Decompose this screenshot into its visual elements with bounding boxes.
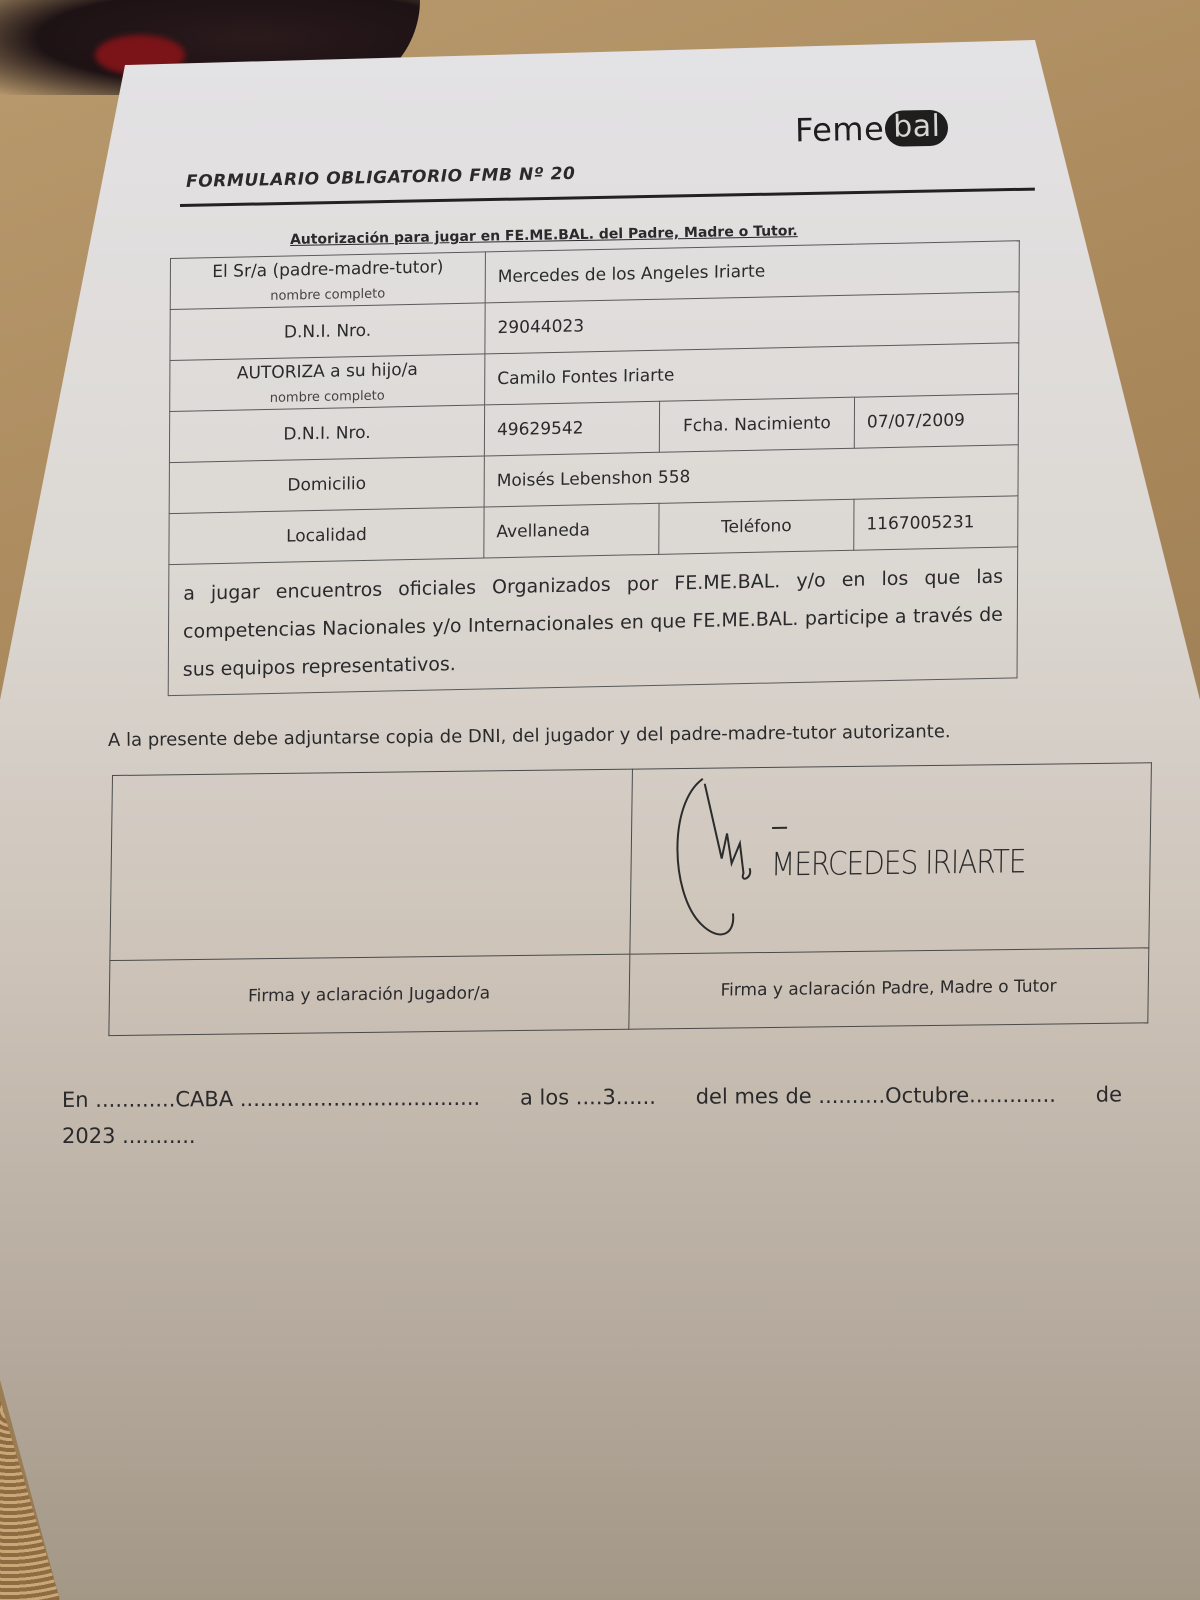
label-text: AUTORIZA a su hijo/a	[237, 359, 418, 383]
label-hint: nombre completo	[182, 386, 472, 407]
signature-table: MERCEDES IRIARTE Firma y aclaración Juga…	[108, 762, 1152, 1036]
year-field[interactable]: 2023 ...........	[62, 1124, 196, 1148]
phone-label: Teléfono	[659, 499, 854, 554]
femebal-logo: Femebal	[795, 109, 949, 150]
attachment-note: A la presente debe adjuntarse copia de D…	[108, 721, 951, 751]
label-text: El Sr/a (padre-madre-tutor)	[212, 257, 443, 282]
day-field[interactable]: a los ....3......	[520, 1085, 656, 1110]
label-hint: nombre completo	[183, 284, 473, 305]
guardian-signature-box[interactable]: MERCEDES IRIARTE	[629, 763, 1151, 954]
month-field[interactable]: del mes de ..........Octubre............…	[696, 1083, 1056, 1109]
place-field[interactable]: En ............CABA ....................…	[62, 1086, 480, 1112]
place-date-line: En ............CABA ....................…	[62, 1082, 1122, 1112]
child-dni-label: D.N.I. Nro.	[169, 405, 484, 463]
child-dni-field[interactable]: 49629542	[484, 401, 659, 456]
locality-label: Localidad	[169, 507, 484, 565]
form-subtitle: Autorización para jugar en FE.ME.BAL. de…	[290, 223, 798, 248]
form-title: FORMULARIO OBLIGATORIO FMB Nº 20	[186, 164, 576, 192]
logo-ball-icon: bal	[885, 110, 949, 147]
birth-date-field[interactable]: 07/07/2009	[854, 394, 1018, 448]
guardian-dni-label: D.N.I. Nro.	[170, 303, 485, 361]
table-row: a jugar encuentros oficiales Organizados…	[168, 547, 1017, 696]
guardian-name-label: El Sr/a (padre-madre-tutor) nombre compl…	[170, 252, 485, 310]
phone-field[interactable]: 1167005231	[854, 496, 1018, 550]
guardian-signature-label: Firma y aclaración Padre, Madre o Tutor	[628, 948, 1149, 1029]
form-document: Femebal FORMULARIO OBLIGATORIO FMB Nº 20…	[0, 0, 1200, 1600]
child-name-label: AUTORIZA a su hijo/a nombre completo	[170, 354, 485, 412]
logo-text: Feme	[795, 110, 885, 150]
player-signature-box[interactable]	[110, 769, 632, 960]
authorization-table: El Sr/a (padre-madre-tutor) nombre compl…	[168, 240, 1020, 696]
birth-date-label: Fcha. Nacimiento	[659, 397, 854, 452]
handwritten-name: MERCEDES IRIARTE	[771, 842, 1026, 883]
authorization-text: a jugar encuentros oficiales Organizados…	[168, 547, 1017, 696]
year-prefix: de	[1096, 1082, 1122, 1106]
address-label: Domicilio	[169, 456, 484, 514]
locality-field[interactable]: Avellaneda	[484, 503, 659, 558]
title-divider	[180, 188, 1035, 207]
player-signature-label: Firma y aclaración Jugador/a	[109, 954, 630, 1035]
